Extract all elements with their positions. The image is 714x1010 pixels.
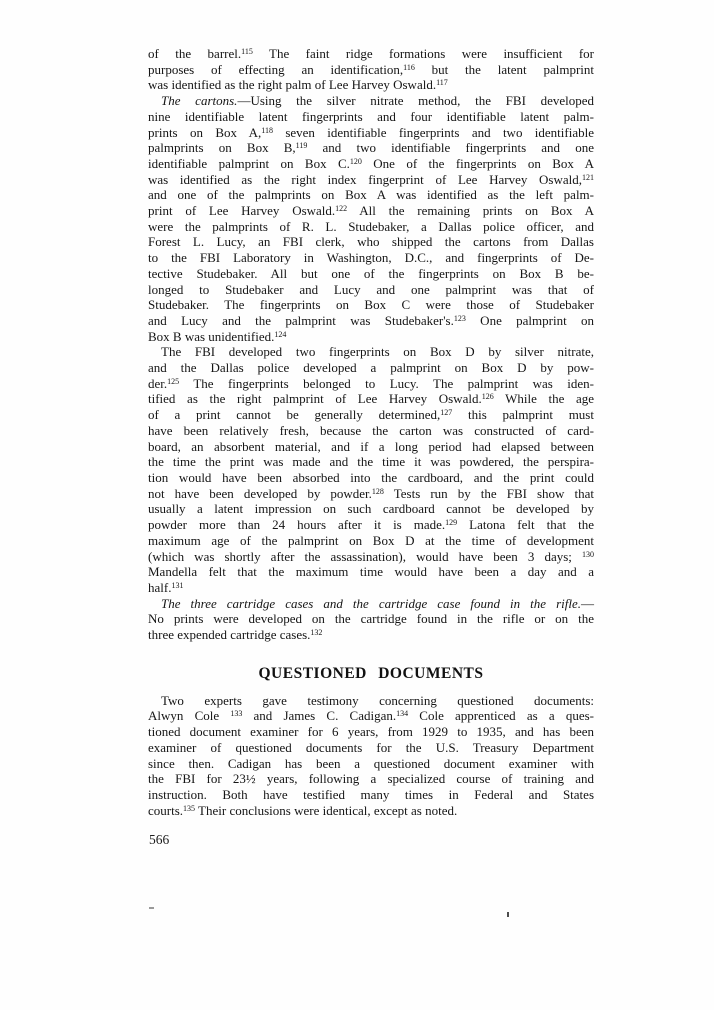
- footnote-reference: 133: [230, 709, 242, 718]
- text-line: have been relatively fresh, because the …: [148, 423, 594, 439]
- text-line: tified as the right palmprint of Lee Har…: [148, 391, 594, 407]
- italic-text: The cartons.: [161, 93, 237, 108]
- text-line: identifiable palmprint on Box C.120 One …: [148, 156, 594, 172]
- text-line: der.125 The fingerprints belonged to Luc…: [148, 376, 594, 392]
- text-line: courts.135 Their conclusions were identi…: [148, 803, 594, 819]
- text-column: of the barrel.115 The faint ridge format…: [148, 46, 594, 818]
- footnote-reference: 123: [454, 314, 466, 323]
- text-line: the FBI for 23½ years, following a speci…: [148, 771, 594, 787]
- text-line: board, an absorbent material, and if a l…: [148, 439, 594, 455]
- text-line: tective Studebaker. All but one of the f…: [148, 266, 594, 282]
- paragraph: The cartons.—Using the silver nitrate me…: [148, 93, 594, 344]
- text-line: was identified as the right index finger…: [148, 172, 594, 188]
- footnote-reference: 120: [350, 157, 362, 166]
- page-number: 566: [149, 832, 169, 848]
- footnote-reference: 121: [582, 173, 594, 182]
- text-line: The FBI developed two fingerprints on Bo…: [148, 344, 594, 360]
- footnote-reference: 130: [582, 550, 594, 559]
- footnote-reference: 118: [261, 126, 273, 135]
- text-line: Studebaker. The fingerprints on Box C we…: [148, 297, 594, 313]
- text-line: and the Dallas police developed a palmpr…: [148, 360, 594, 376]
- text-line: purposes of effecting an identification,…: [148, 62, 594, 78]
- text-line: The cartons.—Using the silver nitrate me…: [148, 93, 594, 109]
- text-line: longed to Studebaker and Lucy and one pa…: [148, 282, 594, 298]
- text-line: examiner of questioned documents for the…: [148, 740, 594, 756]
- footnote-reference: 119: [296, 141, 308, 150]
- paragraph: of the barrel.115 The faint ridge format…: [148, 46, 594, 93]
- footnote-reference: 126: [482, 392, 494, 401]
- text-line: No prints were developed on the cartridg…: [148, 611, 594, 627]
- text-line: prints on Box A,118 seven identifiable f…: [148, 125, 594, 141]
- section-heading: QUESTIONED DOCUMENTS: [148, 664, 594, 684]
- scan-speck: [149, 907, 154, 909]
- footnote-reference: 115: [241, 47, 253, 56]
- text-line: to the FBI Laboratory in Washington, D.C…: [148, 250, 594, 266]
- text-line: since then. Cadigan has been a questione…: [148, 756, 594, 772]
- text-line: and one of the palmprints on Box A was i…: [148, 187, 594, 203]
- footnote-reference: 124: [274, 330, 286, 339]
- text-line: instruction. Both have testified many ti…: [148, 787, 594, 803]
- text-line: three expended cartridge cases.132: [148, 627, 594, 643]
- footnote-reference: 131: [171, 581, 183, 590]
- footnote-reference: 122: [335, 204, 347, 213]
- text-line: Alwyn Cole 133 and James C. Cadigan.134 …: [148, 708, 594, 724]
- text-line: Box B was unidentified.124: [148, 329, 594, 345]
- text-line: usually a latent impression on such card…: [148, 501, 594, 517]
- text-line: maximum age of the palmprint on Box D at…: [148, 533, 594, 549]
- text-line: (which was shortly after the assassinati…: [148, 549, 594, 565]
- text-line: Forest L. Lucy, an FBI clerk, who shippe…: [148, 234, 594, 250]
- text-line: not have been developed by powder.128 Te…: [148, 486, 594, 502]
- text-line: Two experts gave testimony concerning qu…: [148, 693, 594, 709]
- document-page: of the barrel.115 The faint ridge format…: [0, 0, 714, 1010]
- footnote-reference: 125: [167, 377, 179, 386]
- footnote-reference: 116: [403, 63, 415, 72]
- footnote-reference: 132: [310, 628, 322, 637]
- paragraph: The FBI developed two fingerprints on Bo…: [148, 344, 594, 595]
- footnote-reference: 117: [436, 78, 448, 87]
- text-line: was identified as the right palm of Lee …: [148, 77, 594, 93]
- text-line: tioned document examiner for 6 years, fr…: [148, 724, 594, 740]
- footnote-reference: 129: [445, 518, 457, 527]
- footnote-reference: 128: [372, 487, 384, 496]
- text-line: palmprints on Box B,119 and two identifi…: [148, 140, 594, 156]
- paragraph: Two experts gave testimony concerning qu…: [148, 693, 594, 819]
- text-line: were the palmprints of R. L. Studebaker,…: [148, 219, 594, 235]
- text-line: of the barrel.115 The faint ridge format…: [148, 46, 594, 62]
- footnote-reference: 135: [183, 804, 195, 813]
- text-line: half.131: [148, 580, 594, 596]
- text-line: Mandella felt that the maximum time woul…: [148, 564, 594, 580]
- text-line: of a print cannot be generally determine…: [148, 407, 594, 423]
- text-line: and Lucy and the palmprint was Studebake…: [148, 313, 594, 329]
- footnote-reference: 127: [440, 408, 452, 417]
- scan-speck: [507, 912, 509, 917]
- text-line: print of Lee Harvey Oswald.122 All the r…: [148, 203, 594, 219]
- text-line: The three cartridge cases and the cartri…: [148, 596, 594, 612]
- paragraph: The three cartridge cases and the cartri…: [148, 596, 594, 643]
- italic-text: The three cartridge cases and the cartri…: [161, 596, 581, 611]
- text-line: powder more than 24 hours after it is ma…: [148, 517, 594, 533]
- text-line: nine identifiable latent fingerprints an…: [148, 109, 594, 125]
- footnote-reference: 134: [396, 709, 408, 718]
- text-line: the time the print was made and the time…: [148, 454, 594, 470]
- text-line: tion would have been absorbed into the c…: [148, 470, 594, 486]
